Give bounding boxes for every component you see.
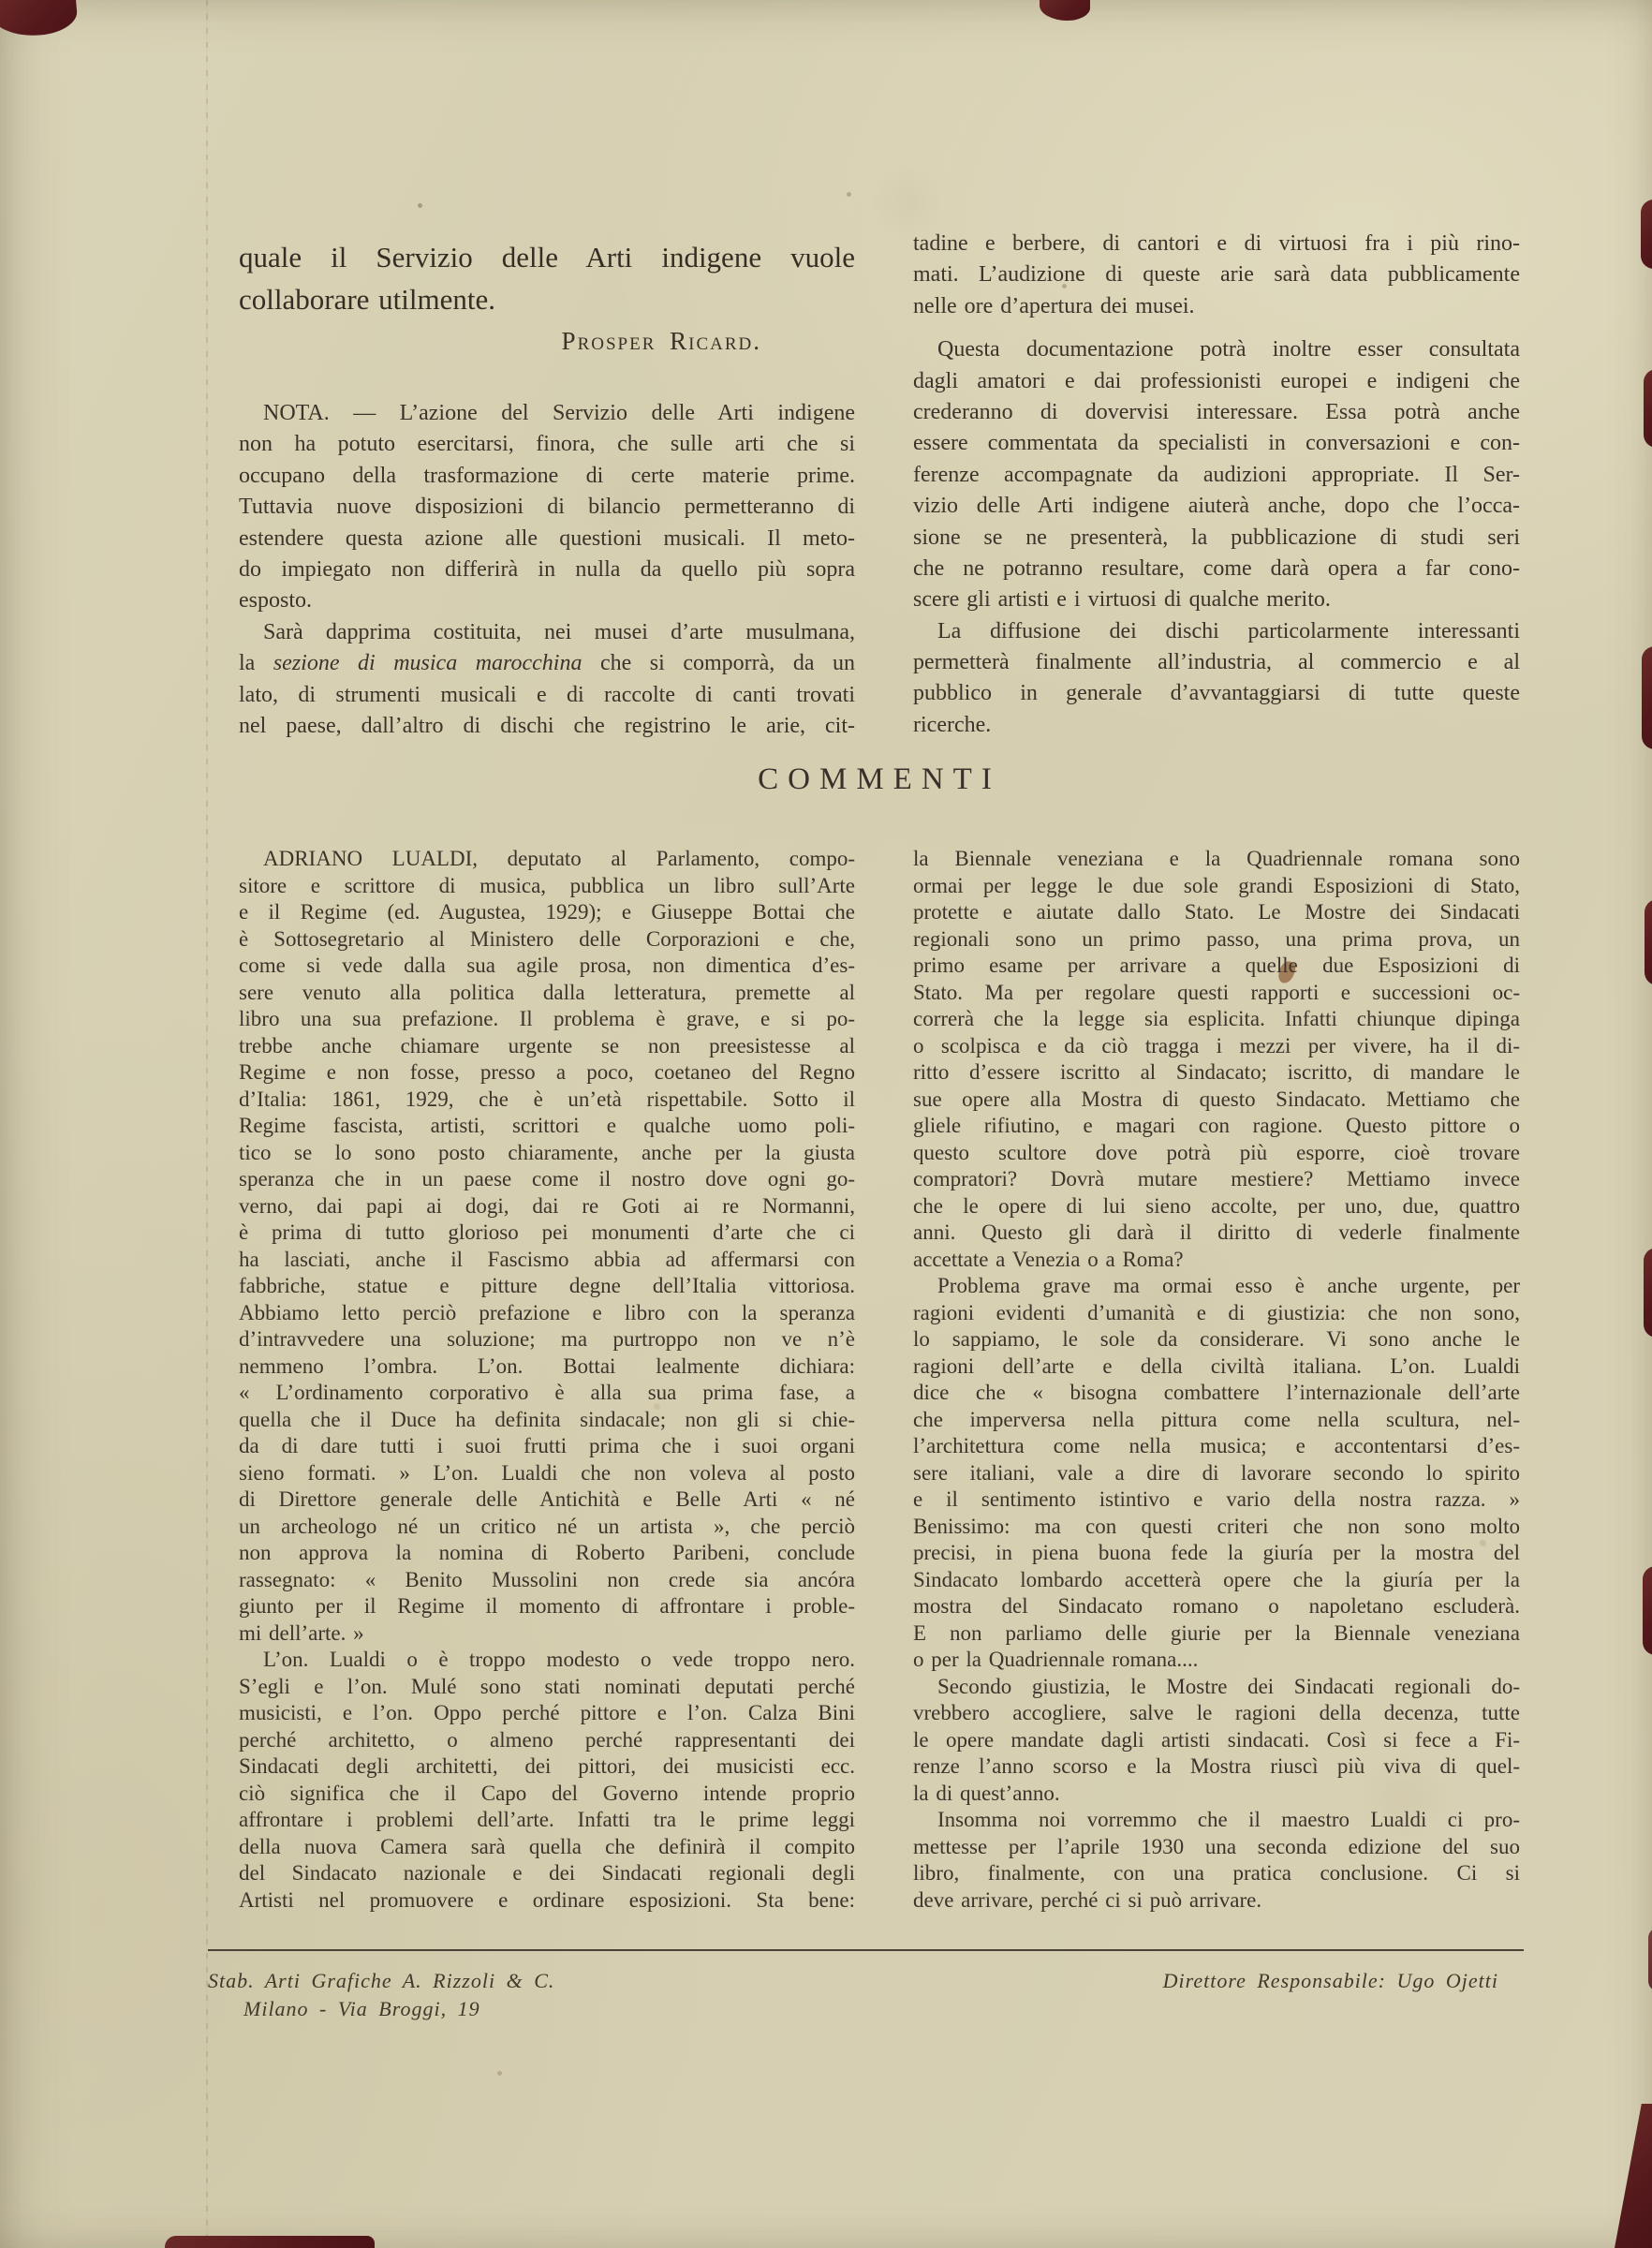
text-line: Sindacati degli architetti, dei pittori,… xyxy=(239,1753,855,1781)
text-line: ciò significa che il Capo del Governo in… xyxy=(239,1781,855,1808)
text-line: sere italiani, vale a dire di lavorare s… xyxy=(913,1460,1520,1487)
scan-edge-mark xyxy=(1644,1248,1652,1338)
text-line: vrebbero accogliere, salve le ragioni de… xyxy=(913,1700,1520,1727)
text-line: e il Regime (ed. Augustea, 1929); e Gius… xyxy=(239,899,855,926)
author-signature: Prosper Ricard. xyxy=(239,325,855,357)
text-line: mostra del Sindacato romano o napoletano… xyxy=(913,1593,1520,1620)
text-line: compratori? Dovrà mutare mestiere? Metti… xyxy=(913,1166,1520,1193)
scanned-magazine-page: quale il Servizio delle Arti indigene vu… xyxy=(0,0,1652,2248)
scan-edge-mark xyxy=(1644,369,1652,448)
text-line: sere venuto alla politica dalla letterat… xyxy=(239,980,855,1007)
text-line: o scolpisca e da ciò tragga i mezzi per … xyxy=(913,1033,1520,1060)
nota-paragraph: NOTA. — L’azione del Servizio delle Arti… xyxy=(239,398,855,742)
text-line: libro, finalmente, con una pratica concl… xyxy=(913,1860,1520,1887)
text-line: la di quest’anno. xyxy=(913,1781,1520,1808)
text-line: un archeologo né un critico né un artist… xyxy=(239,1514,855,1541)
text-line: perché architetto, o almeno perché rappr… xyxy=(239,1727,855,1754)
text-line: di Direttore generale delle Antichità e … xyxy=(239,1486,855,1514)
text-line: vizio delle Arti indigene aiuterà anche,… xyxy=(913,491,1520,522)
text-line: ormai per legge le due sole grandi Espos… xyxy=(913,873,1520,900)
scan-edge-mark xyxy=(165,2236,375,2248)
text-line: ragioni evidenti d’umanità e di giustizi… xyxy=(913,1300,1520,1327)
text-line: fabbriche, statue e pitture degne dell’I… xyxy=(239,1273,855,1300)
text-line: Stato. Ma per regolare questi rapporti e… xyxy=(913,980,1520,1007)
text-line: speranza che in un paese come il nostro … xyxy=(239,1166,855,1193)
text-line: quale il Servizio delle Arti indigene vu… xyxy=(239,236,855,278)
section-heading: COMMENTI xyxy=(239,762,1520,797)
gutter-crease xyxy=(206,0,208,2248)
text-line: quella che il Duce ha definita sindacale… xyxy=(239,1407,855,1434)
text-line: renze l’anno scorso e la Mostra riuscì p… xyxy=(913,1753,1520,1781)
text-line: Insomma noi vorremmo che il maestro Lual… xyxy=(913,1807,1520,1834)
scan-edge-mark xyxy=(1642,646,1652,749)
printer-name: Stab. Arti Grafiche A. Rizzoli & C. xyxy=(208,1967,554,1995)
text-line: verno, dai papi ai dogi, dai re Goti ai … xyxy=(239,1193,855,1220)
text-line: mati. L’audizione di queste arie sarà da… xyxy=(913,259,1520,290)
footer-rule xyxy=(208,1949,1524,1951)
text-line: do impiegato non differirà in nulla da q… xyxy=(239,555,855,585)
text-line: trebbe anche chiamare urgente se non pre… xyxy=(239,1033,855,1060)
scan-edge-mark xyxy=(1645,899,1652,985)
text-line: o per la Quadriennale romana.... xyxy=(913,1647,1520,1674)
text-line: nel paese, dall’altro di dischi che regi… xyxy=(239,711,855,742)
text-line: accettate a Venezia o a Roma? xyxy=(913,1247,1520,1274)
text-line: sitore e scrittore di musica, pubblica u… xyxy=(239,873,855,900)
text-line: del Sindacato nazionale e dei Sindacati … xyxy=(239,1860,855,1887)
text-line: pubblico in generale d’avvantaggiarsi di… xyxy=(913,678,1520,709)
article-closing-column: quale il Servizio delle Arti indigene vu… xyxy=(239,236,855,742)
text-line: L’on. Lualdi o è troppo modesto o vede t… xyxy=(239,1647,855,1674)
text-line: Abbiamo letto perciò prefazione e libro … xyxy=(239,1300,855,1327)
text-line: ha lasciati, anche il Fascismo abbia ad … xyxy=(239,1247,855,1274)
commenti-right-column: la Biennale veneziana e la Quadriennale … xyxy=(913,846,1520,1914)
text-line: protette e aiutate dallo Stato. Le Mostr… xyxy=(913,899,1520,926)
text-line: nemmeno l’ombra. L’on. Bottai lealmente … xyxy=(239,1353,855,1381)
text-line: le opere mandate dagli artisti sindacati… xyxy=(913,1727,1520,1754)
text-line: da di dare tutti i suoi frutti prima che… xyxy=(239,1433,855,1460)
scan-edge-mark xyxy=(1615,2104,1652,2248)
text-line: La diffusione dei dischi particolarmente… xyxy=(913,616,1520,647)
text-line: scere gli artisti e i virtuosi di qualch… xyxy=(913,584,1520,615)
printer-credit: Stab. Arti Grafiche A. Rizzoli & C. Mila… xyxy=(208,1967,554,2023)
text-line: ADRIANO LUALDI, deputato al Parlamento, … xyxy=(239,846,855,873)
text-line: d’Italia: 1861, 1929, che è un’età rispe… xyxy=(239,1087,855,1114)
text-line: nelle ore d’apertura dei musei. xyxy=(913,291,1520,322)
text-line: Problema grave ma ormai esso è anche urg… xyxy=(913,1273,1520,1300)
text-line: NOTA. — L’azione del Servizio delle Arti… xyxy=(239,398,855,429)
text-line: Sarà dapprima costituita, nei musei d’ar… xyxy=(239,617,855,648)
text-line: tico se lo sono posto chiaramente, anche… xyxy=(239,1140,855,1167)
text-line: che ne potranno resultare, come darà ope… xyxy=(913,554,1520,584)
text-line: libro una sua prefazione. Il problema è … xyxy=(239,1006,855,1033)
text-line: musicisti, e l’on. Oppo perché pittore e… xyxy=(239,1700,855,1727)
text-line: deve arrivare, perché ci si può arrivare… xyxy=(913,1887,1520,1915)
text-line: essere commentata da specialisti in conv… xyxy=(913,428,1520,459)
text-line: estendere questa azione alle questioni m… xyxy=(239,524,855,555)
text-line: ferenze accompagnate da audizioni approp… xyxy=(913,460,1520,491)
scan-edge-mark xyxy=(1641,200,1652,269)
text-line: che le opere di lui sieno accolte, per u… xyxy=(913,1193,1520,1220)
text-line: esposto. xyxy=(239,585,855,616)
text-line: « L’ordinamento corporativo è alla sua p… xyxy=(239,1380,855,1407)
text-line: dice che « bisogna combattere l’internaz… xyxy=(913,1380,1520,1407)
text-line: precisi, in piena buona fede la giuría p… xyxy=(913,1540,1520,1567)
text-line: ritto d’essere iscritto al Sindacato; is… xyxy=(913,1059,1520,1087)
text-line: e il sentimento istintivo e vario della … xyxy=(913,1486,1520,1514)
article-closing-text: quale il Servizio delle Arti indigene vu… xyxy=(239,236,855,320)
text-line: anni. Questo gli darà il diritto di vede… xyxy=(913,1220,1520,1247)
text-line: che imperversa nella pittura come nella … xyxy=(913,1407,1520,1434)
article-right-column: tadine e berbere, di cantori e di virtuo… xyxy=(913,229,1520,741)
text-line: dagli amatori e dai professionisti europ… xyxy=(913,366,1520,397)
text-line: correrà che la legge sia esplicita. Infa… xyxy=(913,1006,1520,1033)
text-line: Questa documentazione potrà inoltre esse… xyxy=(913,334,1520,365)
text-line: lo sappiamo, le sole da considerare. Vi … xyxy=(913,1326,1520,1353)
text-line: lato, di strumenti musicali e di raccolt… xyxy=(239,680,855,711)
text-line: Artisti nel promuovere e ordinare esposi… xyxy=(239,1887,855,1915)
text-line: Tuttavia nuove disposizioni di bilancio … xyxy=(239,492,855,523)
text-line: sue opere alla Mostra di questo Sindacat… xyxy=(913,1087,1520,1114)
text-line: sione se ne presenterà, la pubblicazione… xyxy=(913,523,1520,554)
text-line: giunto per il Regime il momento di affro… xyxy=(239,1593,855,1620)
text-line: affrontare i problemi dell’arte. Infatti… xyxy=(239,1807,855,1834)
text-line: Regime e non fosse, presso a poco, coeta… xyxy=(239,1059,855,1087)
text-line: ragioni dell’arte e della civiltà italia… xyxy=(913,1353,1520,1381)
text-line: sieno formati. » L’on. Lualdi che non vo… xyxy=(239,1460,855,1487)
text-line: occupano della trasformazione di certe m… xyxy=(239,461,855,492)
text-line: Benissimo: ma con questi criteri che non… xyxy=(913,1514,1520,1541)
text-line: non approva la nomina di Roberto Pariben… xyxy=(239,1540,855,1567)
text-line: non ha potuto esercitarsi, finora, che s… xyxy=(239,429,855,460)
text-line: è Sottosegretario al Ministero delle Cor… xyxy=(239,926,855,954)
text-line: Regime fascista, artisti, scrittori e qu… xyxy=(239,1113,855,1140)
text-line: Secondo giustizia, le Mostre dei Sindaca… xyxy=(913,1674,1520,1701)
printer-address: Milano - Via Broggi, 19 xyxy=(208,1995,554,2023)
text-line: della nuova Camera sarà quella che defin… xyxy=(239,1834,855,1861)
scan-edge-mark xyxy=(1643,1566,1652,1655)
director-credit: Direttore Responsabile: Ugo Ojetti xyxy=(913,1967,1498,1995)
scan-edge-mark xyxy=(1040,0,1090,21)
text-line: ricerche. xyxy=(913,710,1520,741)
text-line: mi dell’arte. » xyxy=(239,1620,855,1648)
text-line: la sezione di musica marocchina che si c… xyxy=(239,648,855,679)
text-line: questo scultore dove potrà più esporre, … xyxy=(913,1140,1520,1167)
text-line: S’egli e l’on. Mulé sono stati nominati … xyxy=(239,1674,855,1701)
text-line: gliele rifiutino, e magari con ragione. … xyxy=(913,1113,1520,1140)
text-line: crederanno di dovervisi interessare. Ess… xyxy=(913,397,1520,428)
text-line: la Biennale veneziana e la Quadriennale … xyxy=(913,846,1520,873)
text-line: permetterà finalmente all’industria, al … xyxy=(913,647,1520,678)
paper-specks xyxy=(0,0,3,3)
text-line: tadine e berbere, di cantori e di virtuo… xyxy=(913,229,1520,259)
text-line: collaborare utilmente. xyxy=(239,278,855,320)
text-line: E non parliamo delle giurie per la Bienn… xyxy=(913,1620,1520,1648)
text-line: come si vede dalla sua agile prosa, non … xyxy=(239,953,855,980)
scan-edge-mark xyxy=(0,0,79,39)
text-line: mettesse per l’aprile 1930 una seconda e… xyxy=(913,1834,1520,1861)
text-line: d’intravvedere una soluzione; ma purtrop… xyxy=(239,1326,855,1353)
commenti-left-column: ADRIANO LUALDI, deputato al Parlamento, … xyxy=(239,846,855,1914)
text-line: è prima di tutto glorioso pei monumenti … xyxy=(239,1220,855,1247)
text-line: l’architettura come nella musica; e acco… xyxy=(913,1433,1520,1460)
text-line: primo esame per arrivare a quelle due Es… xyxy=(913,953,1520,980)
scan-edge-mark xyxy=(1648,1928,1652,1991)
text-line: Sindacato lombardo accetterà opere che l… xyxy=(913,1567,1520,1594)
text-line: regionali sono un primo passo, una prima… xyxy=(913,926,1520,954)
text-line: rassegnato: « Benito Mussolini non crede… xyxy=(239,1567,855,1594)
